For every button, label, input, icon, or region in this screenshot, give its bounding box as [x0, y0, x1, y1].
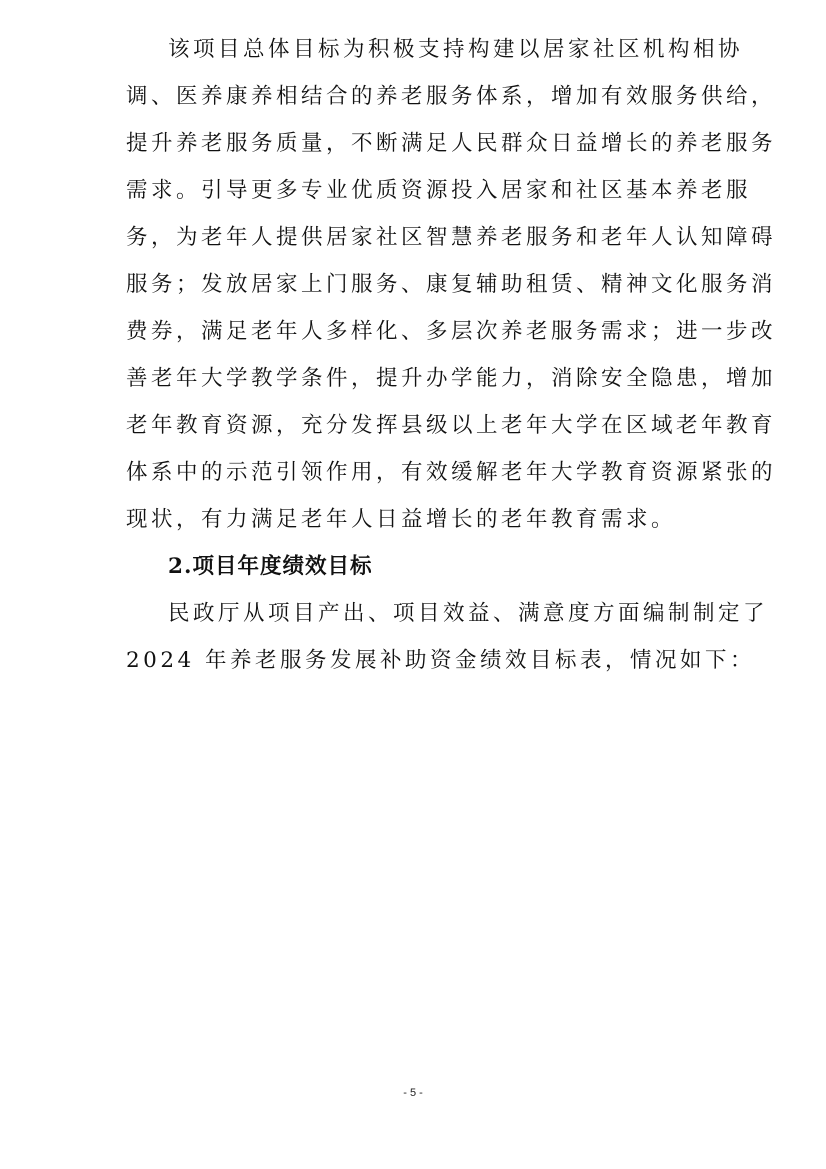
- document-page: 该项目总体目标为积极支持构建以居家社区机构相协 调、医养康养相结合的养老服务体系…: [0, 0, 826, 1169]
- paragraph-line: 该项目总体目标为积极支持构建以居家社区机构相协: [168, 36, 748, 64]
- paragraph-line: 调、医养康养相结合的养老服务体系，增加有效服务供给，: [126, 83, 706, 111]
- paragraph-line: 善老年大学教学条件，提升办学能力，消除安全隐患，增加: [126, 365, 706, 393]
- paragraph-line: 提升养老服务质量，不断满足人民群众日益增长的养老服务: [126, 130, 706, 158]
- paragraph-line: 服务；发放居家上门服务、康复辅助租赁、精神文化服务消: [126, 271, 706, 299]
- paragraph-line: 2024 年养老服务发展补助资金绩效目标表，情况如下：: [126, 647, 706, 675]
- paragraph-line: 需求。引导更多专业优质资源投入居家和社区基本养老服: [126, 177, 706, 205]
- paragraph-line: 务，为老年人提供居家社区智慧养老服务和老年人认知障碍: [126, 224, 706, 252]
- paragraph-line: 体系中的示范引领作用，有效缓解老年大学教育资源紧张的: [126, 459, 706, 487]
- page-number: - 5 -: [0, 1087, 826, 1099]
- paragraph-line: 费券，满足老年人多样化、多层次养老服务需求；进一步改: [126, 318, 706, 346]
- paragraph-line: 老年教育资源，充分发挥县级以上老年大学在区域老年教育: [126, 412, 706, 440]
- paragraph-line: 现状，有力满足老年人日益增长的老年教育需求。: [126, 506, 706, 534]
- section-heading: 2.项目年度绩效目标: [168, 553, 748, 581]
- paragraph-line: 民政厅从项目产出、项目效益、满意度方面编制制定了: [168, 600, 748, 628]
